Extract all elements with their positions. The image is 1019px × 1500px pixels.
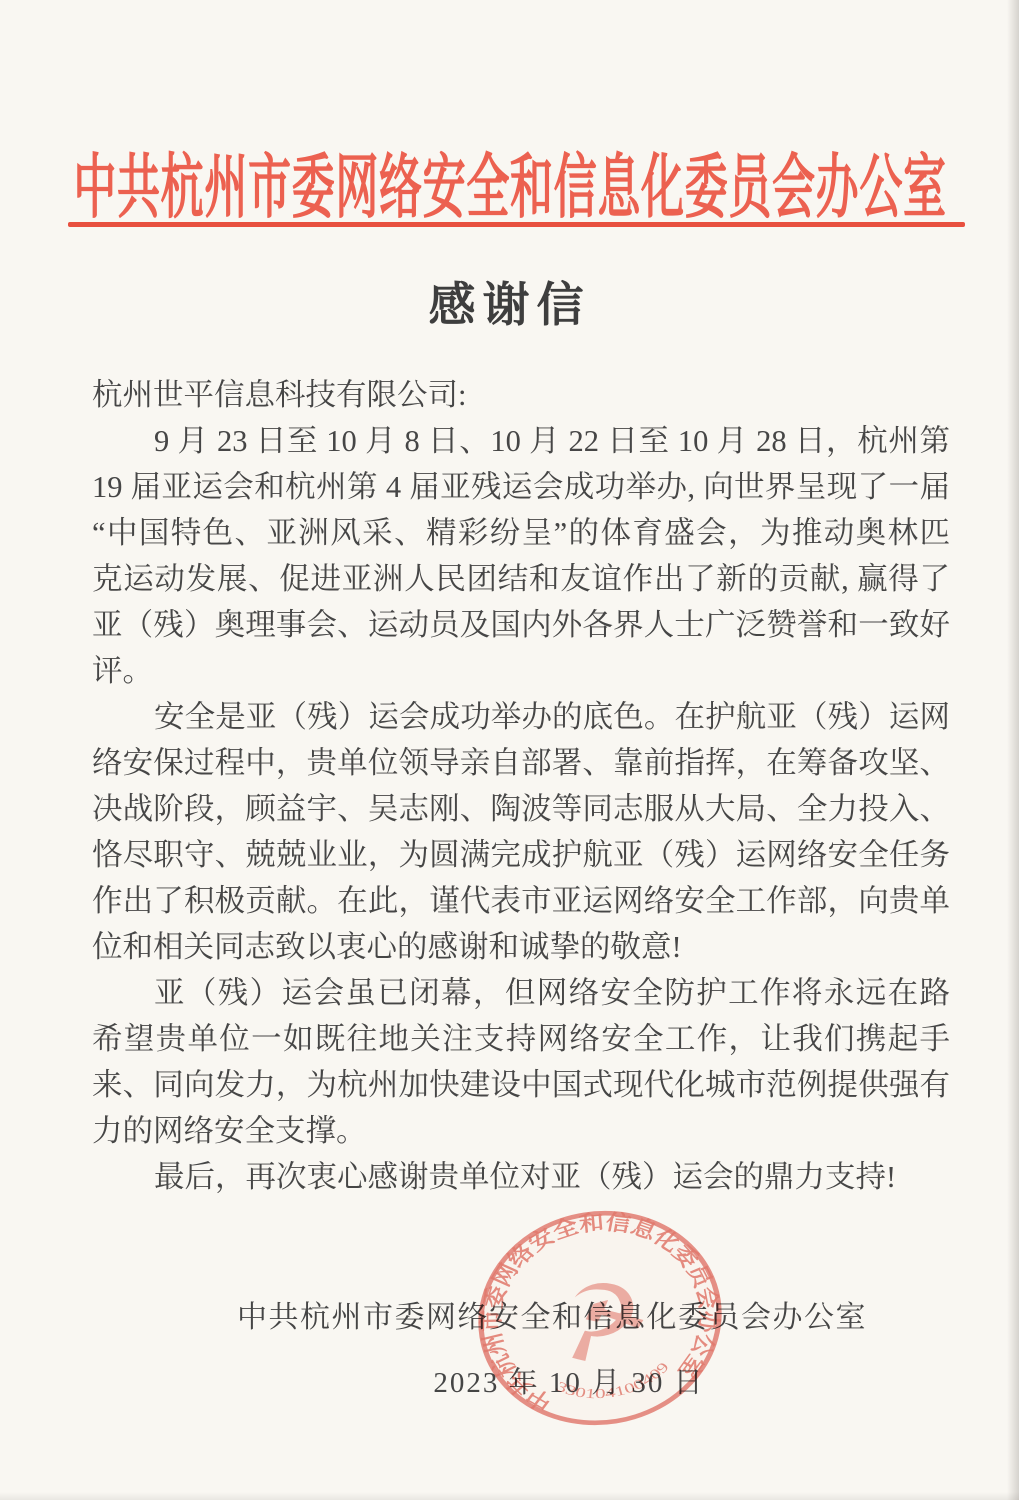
body-line: 位和相关同志致以衷心的感谢和诚挚的敬意! <box>92 924 950 970</box>
body-line: 决战阶段，顾益宇、吴志刚、陶波等同志服从大局、全力投入、 <box>92 786 950 832</box>
body-line: 评。 <box>92 648 950 694</box>
body-line: 力的网络安全支撑。 <box>92 1108 950 1154</box>
body-line: 作出了积极贡献。在此，谨代表市亚运网络安全工作部，向贵单 <box>92 878 950 924</box>
letterhead: 中共杭州市委网络安全和信息化委员会办公室 <box>0 138 1019 224</box>
closing-line: 最后，再次衷心感谢贵单位对亚（残）运会的鼎力支持! <box>92 1154 950 1200</box>
body-line: 亚（残）奥理事会、运动员及国内外各界人士广泛赞誉和一致好 <box>92 602 950 648</box>
letter-body: 杭州世平信息科技有限公司: 9 月 23 日至 10 月 8 日、10 月 22… <box>92 372 950 1200</box>
body-line: “中国特色、亚洲风采、精彩纷呈”的体育盛会，为推动奥林匹 <box>92 510 950 556</box>
body-line: 19 届亚运会和杭州第 4 届亚残运会成功举办, 向世界呈现了一届 <box>92 464 950 510</box>
body-line: 来、同向发力，为杭州加快建设中国式现代化城市范例提供强有 <box>92 1062 950 1108</box>
body-line: 希望贵单位一如既往地关注支持网络安全工作，让我们携起手 <box>92 1016 950 1062</box>
salutation-line: 杭州世平信息科技有限公司: <box>92 372 950 418</box>
body-line: 9 月 23 日至 10 月 8 日、10 月 22 日至 10 月 28 日，… <box>92 418 950 464</box>
body-line: 亚（残）运会虽已闭幕，但网络安全防护工作将永远在路上。 <box>92 970 950 1016</box>
scan-shadow-bottom <box>0 1492 1019 1500</box>
scan-shadow-right <box>1007 0 1019 1500</box>
official-seal: ☭ 中共杭州市委网络安全和信息化委员会办公室 33010410040912 <box>448 1180 752 1455</box>
body-line: 克运动发展、促进亚洲人民团结和友谊作出了新的贡献, 赢得了 <box>92 556 950 602</box>
letterhead-rule <box>68 222 965 227</box>
document-title: 感谢信 <box>0 268 1019 335</box>
body-line: 络安保过程中，贵单位领导亲自部署、靠前指挥，在筹备攻坚、 <box>92 740 950 786</box>
letterhead-org-name: 中共杭州市委网络安全和信息化委员会办公室 <box>73 131 946 232</box>
body-line: 安全是亚（残）运会成功举办的底色。在护航亚（残）运网 <box>92 694 950 740</box>
body-line: 恪尽职守、兢兢业业，为圆满完成护航亚（残）运网络安全任务 <box>92 832 950 878</box>
